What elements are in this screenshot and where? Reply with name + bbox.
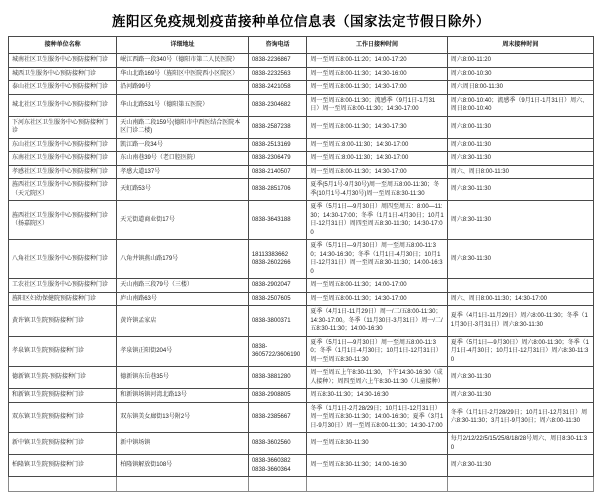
unit-name-cell: 泰山社区卫生服务中心预防接种门诊 (9, 81, 117, 95)
unit-name-cell (9, 477, 117, 492)
weekday-time-cell: 夏季（5月1日—9月30日）周四至周五：8:00—11:30；14:30-17:… (307, 201, 447, 240)
table-row: 东山社区卫生服务中心预防接种门诊凯江路一段34号0838-2513169周一至周… (9, 138, 594, 152)
weekend-time-cell: 周六、周日8:00-11:30 (447, 165, 593, 179)
phone-cell: 0838-2902047 (248, 279, 307, 293)
table-row: 双东镇卫生院预防接种门诊双东镇美女廊街13号附2号0838-2385667冬季（… (9, 402, 594, 433)
weekend-time-cell: 周六8:00-11:30 (447, 116, 593, 138)
table-row: 旌西社区卫生服务中心预防接种门诊（扬嘉院区）天元街道商业街17号0838-364… (9, 201, 594, 240)
unit-name-cell: 孝感社区卫生服务中心预防接种门诊 (9, 165, 117, 179)
weekday-time-cell: 周一至周五8:00-11:30；14:30-17:00 (307, 292, 447, 306)
weekday-time-cell: 夏季（4月1日-11月29日）周一/二/五8:00-11:30；14:30-17… (307, 306, 447, 337)
table-row: 东南社区卫生服务中心预防接种门诊东山南巷39号（老口腔医院）0838-23064… (9, 152, 594, 166)
address-cell: 东山南巷39号（老口腔医院） (117, 152, 249, 166)
address-cell: 华山北路531号（德阳第五医院） (117, 94, 249, 116)
address-cell: 孝感大道137号 (117, 165, 249, 179)
phone-cell: 0838-3660382 0838-3660364 (248, 455, 307, 477)
weekday-time-cell: 夏季（5月1日—9月30日）周一至周五8:00-11:30；冬季（1月1日-4月… (307, 336, 447, 367)
weekday-time-cell: 周一至周五:8:00-11:30；14:30-17:00 (307, 138, 447, 152)
table-row: 柏隆镇卫生院预防接种门诊柏隆镇解放街108号0838-3660382 0838-… (9, 455, 594, 477)
weekday-time-cell: 周一至周五8:00-11:20；14:00-17:20 (307, 54, 447, 68)
phone-cell: 0838-3800371 (248, 306, 307, 337)
address-cell: 新中镇场镇 (117, 433, 249, 455)
table-row: 德新镇卫生院-预防接种门诊德新镇东岳巷35号0838-3881280周一至周五上… (9, 367, 594, 389)
address-cell: 凯江路一段34号 (117, 138, 249, 152)
table-row: 下河东社区卫生服务中心预防接种门诊天山南路二段159号(德阳市中西医结合医院本区… (9, 116, 594, 138)
phone-cell: 0838-2304682 (248, 94, 307, 116)
vaccination-units-table: 接种单位名称 详细地址 咨询电话 工作日接种时间 周末接种时间 城南社区卫生服务… (8, 36, 594, 492)
unit-name-cell: 孝泉镇卫生院预防接种门诊 (9, 336, 117, 367)
table-row: 城北社区卫生服务中心预防接种门诊华山北路531号（德阳第五医院）0838-230… (9, 94, 594, 116)
weekend-time-cell: 周六8:30-11:30 (447, 389, 593, 403)
unit-name-cell: 柏隆镇卫生院预防接种门诊 (9, 455, 117, 477)
table-row: 旌西社区卫生服务中心预防接种门诊（天元院区）天虹路53号0838-2851706… (9, 179, 594, 201)
address-cell: 天虹路53号 (117, 179, 249, 201)
weekday-time-cell: 夏季（5月1日—9月30日）周一至周五8:00-11:30；14:30-16:3… (307, 240, 447, 279)
address-cell: 黄许镇孟家店 (117, 306, 249, 337)
header-row: 接种单位名称 详细地址 咨询电话 工作日接种时间 周末接种时间 (9, 37, 594, 54)
header-unit-name: 接种单位名称 (9, 37, 117, 54)
weekend-time-cell: 周六8:30-11:30 (447, 201, 593, 240)
table-row: 旌阳区妇幼保健院预防接种门诊庐山南路63号0838-2507605周一至周五8:… (9, 292, 594, 306)
table-row: 泰山社区卫生服务中心预防接种门诊沿河路99号0838-2421058周一至周五8… (9, 81, 594, 95)
phone-cell: 0838-2236867 (248, 54, 307, 68)
table-row: 城南社区卫生服务中心预防接种门诊岷江西路一段340号（德阳市第二人民医院）083… (9, 54, 594, 68)
weekend-time-cell: 周六8:30-11:30 (447, 240, 593, 279)
weekday-time-cell: 周一至周五8:00-11:30；14:30-17:30 (307, 116, 447, 138)
phone-cell: 0838-2851706 (248, 179, 307, 201)
weekday-time-cell: 周一至周五8:00-11:30；14:30-17:00 (307, 81, 447, 95)
unit-name-cell: 德新镇卫生院-预防接种门诊 (9, 367, 117, 389)
weekend-time-cell: 周六8:30-11:30 (447, 179, 593, 201)
address-cell: 德新镇东岳巷35号 (117, 367, 249, 389)
phone-cell: 0838- 3605722/3606190 (248, 336, 307, 367)
table-row: 和新镇卫生院预防接种门诊和新镇场镇河湾北路13号0838-2908805周五8:… (9, 389, 594, 403)
phone-cell: 0838-2421058 (248, 81, 307, 95)
address-cell: 八角井镇燕山路179号 (117, 240, 249, 279)
phone-cell (248, 477, 307, 492)
phone-cell: 0838-3643188 (248, 201, 307, 240)
weekday-time-cell: 冬季（1月1日-2月28/29日；10月1日-12月31日）周一至周五8:30-… (307, 402, 447, 433)
weekday-time-cell: 周五8:30-11:30；14:30-16:30 (307, 389, 447, 403)
weekday-time-cell (307, 477, 447, 492)
weekday-time-cell: 夏季(5月1号-9月30号)周一至周五8:00-11:30；冬季(10月1号-4… (307, 179, 447, 201)
page-title: 旌阳区免疫规划疫苗接种单位信息表（国家法定节假日除外） (8, 6, 594, 36)
weekend-time-cell: 周六8:30-11:30 (447, 367, 593, 389)
phone-cell: 0838-2140507 (248, 165, 307, 179)
table-row: 工农社区卫生服务中心预防接种门诊天山南路三段79号（三楼）0838-290204… (9, 279, 594, 293)
address-cell: 岷江西路一段340号（德阳市第二人民医院） (117, 54, 249, 68)
weekend-time-cell: 周六、周日8:00-11:30；14:30-17:00 (447, 292, 593, 306)
weekday-time-cell: 周一至周五8:30-11:30 (307, 433, 447, 455)
weekend-time-cell: 夏季（5月1日—9月30日）周六8:00-11:30；冬季（1月1日-4月30日… (447, 336, 593, 367)
address-cell: 沿河路99号 (117, 81, 249, 95)
table-row: 孝感社区卫生服务中心预防接种门诊孝感大道137号0838-2140507周一至周… (9, 165, 594, 179)
unit-name-cell: 双东镇卫生院预防接种门诊 (9, 402, 117, 433)
unit-name-cell: 旌阳区妇幼保健院预防接种门诊 (9, 292, 117, 306)
weekday-time-cell: 周一至周五8:00-11:30；14:30-17:00 (307, 165, 447, 179)
table-header: 接种单位名称 详细地址 咨询电话 工作日接种时间 周末接种时间 (9, 37, 594, 54)
unit-name-cell: 和新镇卫生院预防接种门诊 (9, 389, 117, 403)
header-weekday-time: 工作日接种时间 (307, 37, 447, 54)
weekend-time-cell: 周六8:00-10:40；流感季（9月1日-1月31日）周六、周日8:00-10… (447, 94, 593, 116)
phone-cell: 0838-2908805 (248, 389, 307, 403)
header-weekend-time: 周末接种时间 (447, 37, 593, 54)
table-row: 八角社区卫生服务中心预防接种门诊八角井镇燕山路179号18113383662 0… (9, 240, 594, 279)
address-cell: 天元街道商业街17号 (117, 201, 249, 240)
weekend-time-cell: 每月2/12/22/5/15/25/8/18/28号周六、周日8:30-11:3… (447, 433, 593, 455)
weekend-time-cell (447, 279, 593, 293)
phone-cell: 0838-2306479 (248, 152, 307, 166)
unit-name-cell: 旌西社区卫生服务中心预防接种门诊（扬嘉院区） (9, 201, 117, 240)
address-cell: 天山南路二段159号(德阳市中西医结合医院本区门诊二楼) (117, 116, 249, 138)
phone-cell: 18113383662 0838-2602266 (248, 240, 307, 279)
unit-name-cell: 黄许镇卫生院预防接种门诊 (9, 306, 117, 337)
weekend-time-cell: 夏季（4月1日-11月29日）周六8:00-11:30；冬季（11月30日-3月… (447, 306, 593, 337)
phone-cell: 0838-3602560 (248, 433, 307, 455)
address-cell: 天山南路三段79号（三楼） (117, 279, 249, 293)
weekend-time-cell: 周六8:30-11:30 (447, 152, 593, 166)
header-phone: 咨询电话 (248, 37, 307, 54)
unit-name-cell: 城西卫生服务中心预防接种门诊 (9, 67, 117, 81)
unit-name-cell: 工农社区卫生服务中心预防接种门诊 (9, 279, 117, 293)
table-row (9, 477, 594, 492)
weekday-time-cell: 周一至周五:8:00-11:30；14:30-17:00 (307, 152, 447, 166)
table-row: 孝泉镇卫生院预防接种门诊孝泉镇正阳街204号0838- 3605722/3606… (9, 336, 594, 367)
address-cell: 孝泉镇正阳街204号 (117, 336, 249, 367)
weekend-time-cell (447, 477, 593, 492)
weekday-time-cell: 周一至周五8:00-11:30；14:00-17:00 (307, 279, 447, 293)
weekend-time-cell: 周六8:00-11:20 (447, 54, 593, 68)
phone-cell: 0838-3881280 (248, 367, 307, 389)
address-cell: 华山北路169号（旌阳区中医院西小区院区） (117, 67, 249, 81)
weekend-time-cell: 周六8:00-11:30 (447, 138, 593, 152)
phone-cell: 0838-2513169 (248, 138, 307, 152)
address-cell: 双东镇美女廊街13号附2号 (117, 402, 249, 433)
weekday-time-cell: 周一至周五8:00-11:30；14:30-16:00 (307, 67, 447, 81)
weekend-time-cell: 冬季（1月1日-2月28/29日；10月1日-12月31日）周六8:30-11:… (447, 402, 593, 433)
unit-name-cell: 东南社区卫生服务中心预防接种门诊 (9, 152, 117, 166)
unit-name-cell: 东山社区卫生服务中心预防接种门诊 (9, 138, 117, 152)
table-body: 城南社区卫生服务中心预防接种门诊岷江西路一段340号（德阳市第二人民医院）083… (9, 54, 594, 492)
address-cell (117, 477, 249, 492)
weekday-time-cell: 周一至周五上午8:30-11:30，下午14:30-16:30（成人接种）；周四… (307, 367, 447, 389)
phone-cell: 0838-2232563 (248, 67, 307, 81)
address-cell: 柏隆镇解放街108号 (117, 455, 249, 477)
weekend-time-cell: 周六8:30-11:30 (447, 455, 593, 477)
unit-name-cell: 城南社区卫生服务中心预防接种门诊 (9, 54, 117, 68)
phone-cell: 0838-2385667 (248, 402, 307, 433)
weekday-time-cell: 周一至周五8:30-11:30；14:00-16:30 (307, 455, 447, 477)
weekend-time-cell: 周六周日8:00-11:30 (447, 81, 593, 95)
table-row: 城西卫生服务中心预防接种门诊华山北路169号（旌阳区中医院西小区院区）0838-… (9, 67, 594, 81)
unit-name-cell: 下河东社区卫生服务中心预防接种门诊 (9, 116, 117, 138)
phone-cell: 0838-2507605 (248, 292, 307, 306)
unit-name-cell: 八角社区卫生服务中心预防接种门诊 (9, 240, 117, 279)
header-address: 详细地址 (117, 37, 249, 54)
weekend-time-cell: 周六8:00-10:30 (447, 67, 593, 81)
document-page: 旌阳区免疫规划疫苗接种单位信息表（国家法定节假日除外） 接种单位名称 详细地址 … (0, 0, 602, 500)
unit-name-cell: 城北社区卫生服务中心预防接种门诊 (9, 94, 117, 116)
table-row: 新中镇卫生院预防接种门诊新中镇场镇0838-3602560周一至周五8:30-1… (9, 433, 594, 455)
weekday-time-cell: 周一至周五8:00-11:30；流感季（9月1日-1月31日）周一至周五8:00… (307, 94, 447, 116)
table-row: 黄许镇卫生院预防接种门诊黄许镇孟家店0838-3800371夏季（4月1日-11… (9, 306, 594, 337)
address-cell: 庐山南路63号 (117, 292, 249, 306)
unit-name-cell: 旌西社区卫生服务中心预防接种门诊（天元院区） (9, 179, 117, 201)
unit-name-cell: 新中镇卫生院预防接种门诊 (9, 433, 117, 455)
address-cell: 和新镇场镇河湾北路13号 (117, 389, 249, 403)
phone-cell: 0838-2587238 (248, 116, 307, 138)
